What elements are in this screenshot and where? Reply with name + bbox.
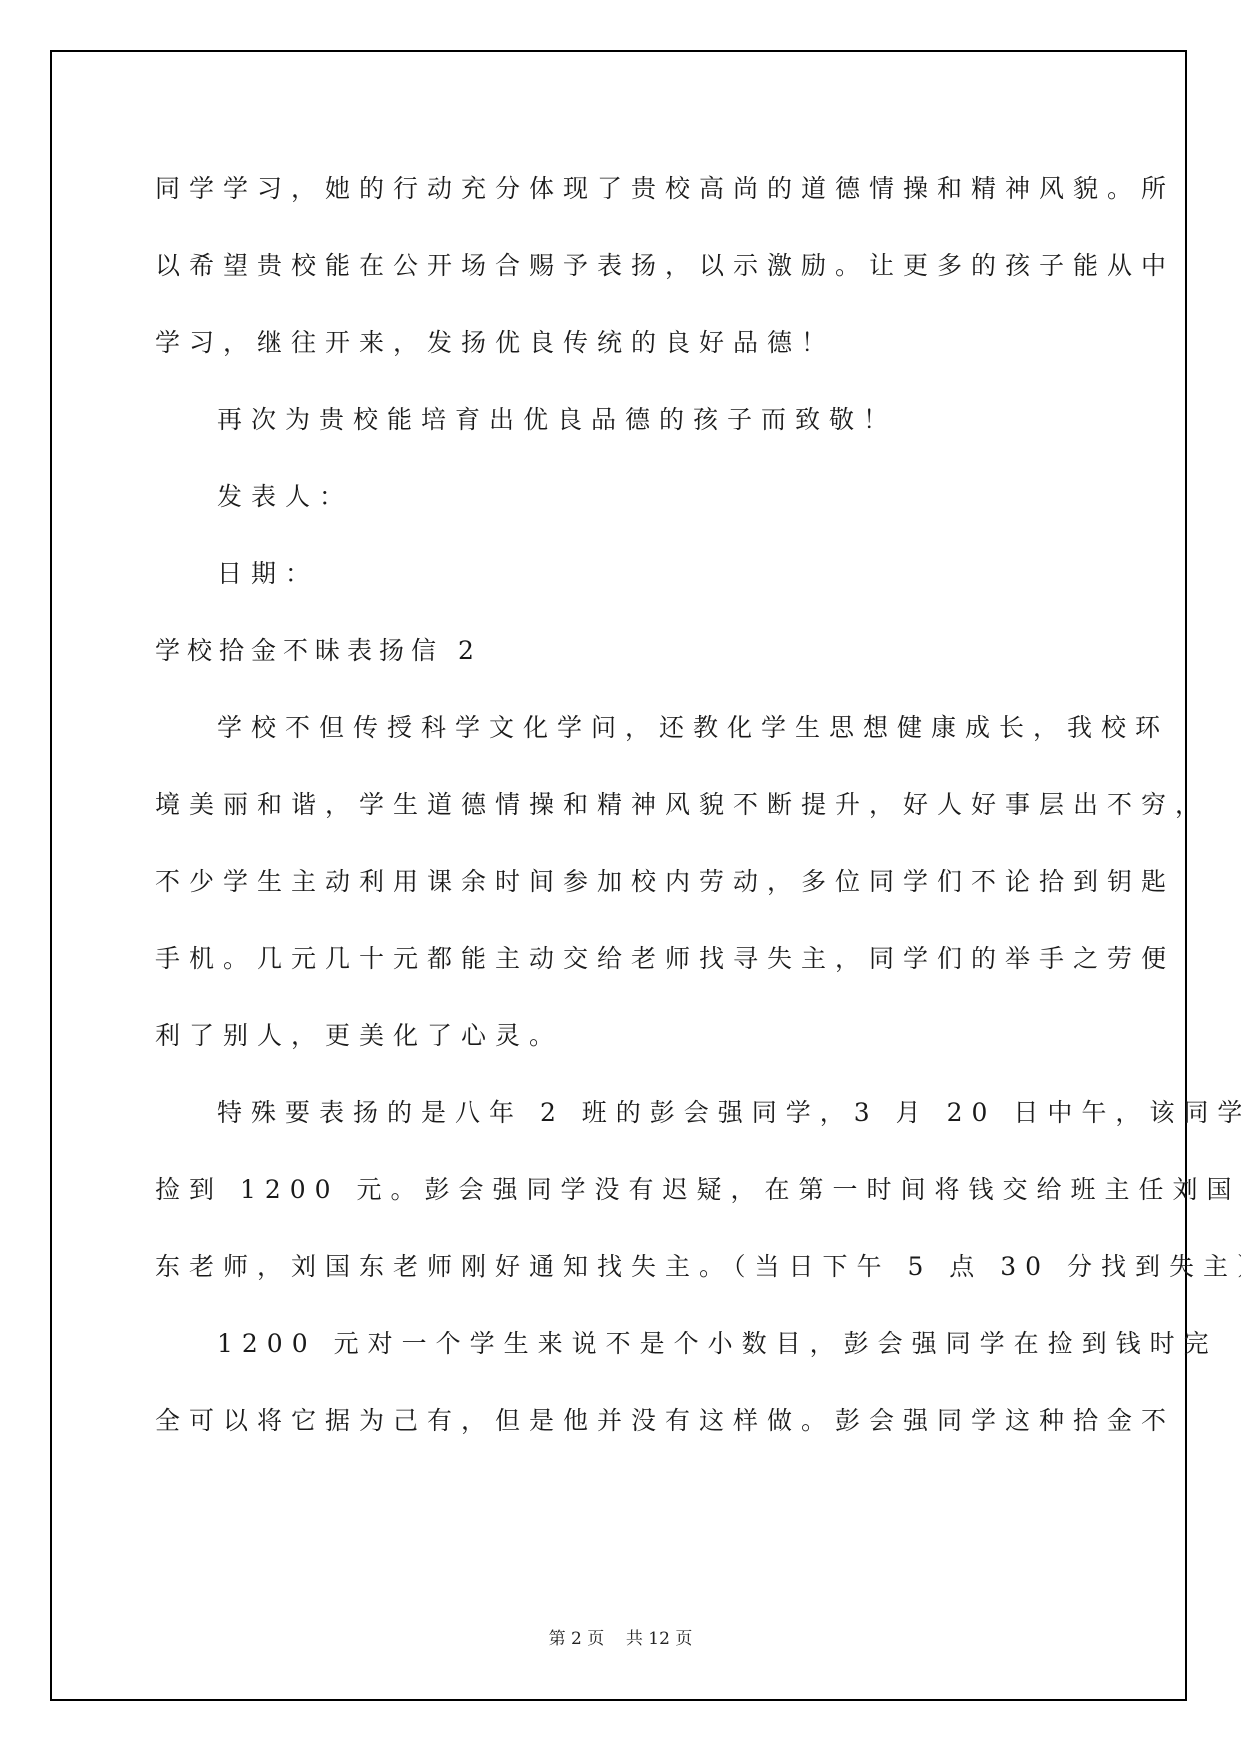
body-line: 以希望贵校能在公开场合赐予表扬，以示激励。让更多的孩子能从中: [155, 240, 1095, 317]
body-line: 手机。几元几十元都能主动交给老师找寻失主，同学们的举手之劳便: [155, 933, 1095, 1010]
body-line: 不少学生主动利用课余时间参加校内劳动，多位同学们不论拾到钥匙: [155, 856, 1095, 933]
body-line: 利了别人，更美化了心灵。: [155, 1010, 1095, 1087]
body-line: 境美丽和谐，学生道德情操和精神风貌不断提升，好人好事层出不穷，: [155, 779, 1095, 856]
date-label: 日期：: [155, 548, 1095, 625]
body-line: 学习，继往开来，发扬优良传统的良好品德！: [155, 317, 1095, 394]
closing-salute: 再次为贵校能培育出优良品德的孩子而致敬！: [155, 394, 1095, 471]
body-line: 东老师，刘国东老师刚好通知找失主。（当日下午 5 点 30 分找到失主）: [155, 1241, 1095, 1318]
body-line: 学校不但传授科学文化学问，还教化学生思想健康成长，我校环: [155, 702, 1095, 779]
signature-label: 发表人：: [155, 471, 1095, 548]
body-line: 全可以将它据为己有，但是他并没有这样做。彭会强同学这种拾金不: [155, 1395, 1095, 1472]
page-number: 第 2 页 共 12 页: [0, 1624, 1241, 1649]
body-line: 1200 元对一个学生来说不是个小数目，彭会强同学在捡到钱时完: [155, 1318, 1095, 1395]
body-line: 捡到 1200 元。彭会强同学没有迟疑，在第一时间将钱交给班主任刘国: [155, 1164, 1095, 1241]
document-body: 同学学习，她的行动充分体现了贵校高尚的道德情操和精神风貌。所 以希望贵校能在公开…: [155, 163, 1095, 1472]
section-title: 学校拾金不昧表扬信 2: [155, 625, 1095, 702]
body-line: 同学学习，她的行动充分体现了贵校高尚的道德情操和精神风貌。所: [155, 163, 1095, 240]
body-line: 特殊要表扬的是八年 2 班的彭会强同学，3 月 20 日中午，该同学、: [155, 1087, 1095, 1164]
